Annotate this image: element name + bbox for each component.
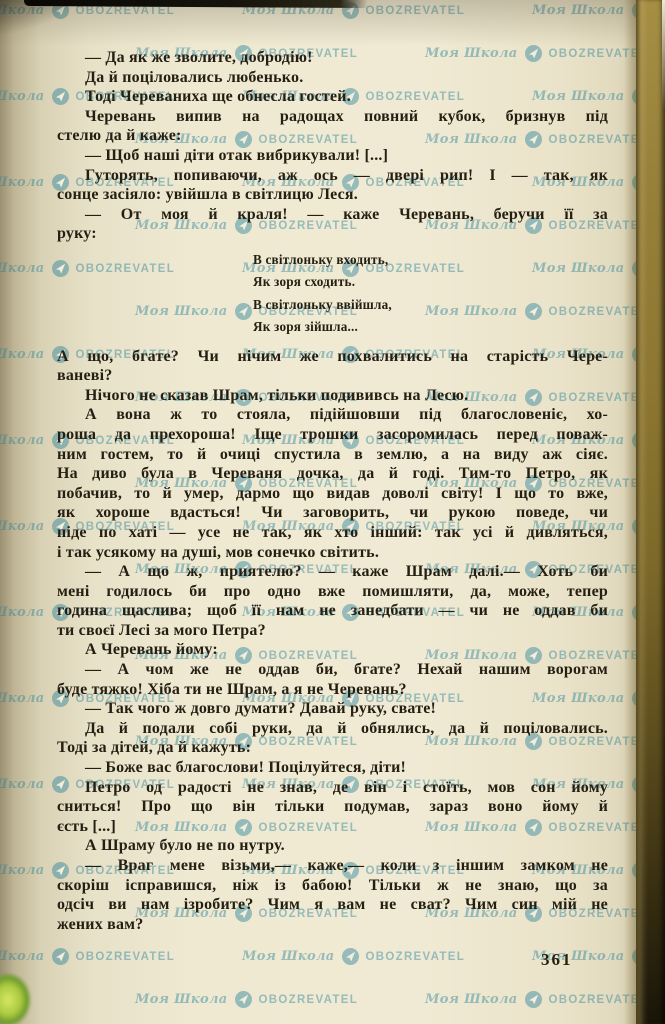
paragraph: Черевань випив на радощах повний кубок, …	[57, 107, 608, 146]
watermark: Моя ШколаOBOZREVATEL	[242, 948, 465, 965]
text-line: А вона ж то стояла, підійшовши під благо…	[57, 405, 608, 425]
text-line: Черевань випив на радощах повний кубок, …	[57, 107, 608, 127]
book-fore-edge	[636, 0, 665, 1024]
text-line: скоріш ісправишся, ніж із бабою! Тільки …	[57, 876, 608, 896]
paragraph: — Так чого ж довго думати? Давай руку, с…	[57, 699, 608, 719]
watermark-obozrevatel-text: OBOZREVATEL	[366, 951, 465, 963]
text-line: жених вам?	[57, 915, 608, 935]
text-line: В світлоньку ввійшла,	[253, 294, 608, 316]
watermark-brand-text: Моя Школа	[0, 777, 45, 792]
watermark-brand-text: Моя Школа	[0, 433, 45, 448]
text-line: — Боже вас благослови! Поцілуйтеся, діти…	[57, 758, 608, 778]
text-line: — А що ж, приятелю? — каже Шрам далі.— Х…	[57, 562, 608, 582]
paragraph: Гуторять, попиваючи, аж ось — двері рип!…	[57, 166, 608, 205]
watermark-brand-text: Моя Школа	[532, 3, 625, 18]
paragraph: — Враг мене візьми,— каже,— коли з іншим…	[57, 856, 608, 934]
paragraph: — Щоб наші діти отак вибрикували! [...]	[57, 146, 608, 166]
text-line: — Так чого ж довго думати? Давай руку, с…	[57, 699, 608, 719]
text-line: Тоді Череваниха ще обнесла гостей.	[57, 87, 608, 107]
text-line: і так усякому на душі, мов сонечко світи…	[57, 543, 608, 563]
text-line: буде тяжко! Хіба ти не Шрам, а я не Чере…	[57, 680, 608, 700]
text-line: Нічого не сказав Шрам, тільки подививсь …	[57, 386, 608, 406]
paragraph: Тоді Череваниха ще обнесла гостей.	[57, 87, 608, 107]
paragraph: Да й поціловались любенько.	[57, 68, 608, 88]
watermark-brand-text: Моя Школа	[0, 519, 45, 534]
verse-block: В світлоньку входить,Як зоря сходить.В с…	[253, 249, 608, 339]
watermark-obozrevatel-text: OBOZREVATEL	[259, 994, 358, 1006]
text-line: руку:	[57, 224, 608, 244]
watermark-brand-text: Моя Школа	[0, 949, 45, 964]
text-line: В світлоньку входить,	[253, 249, 608, 271]
text-line: — Щоб наші діти отак вибрикували! [...]	[57, 146, 608, 166]
text-line: А що, бгате? Чи нічим же похвалитись на …	[57, 347, 608, 367]
text-column: — Да як же зволите, добродію!Да й поціло…	[57, 48, 608, 934]
watermark-brand-text: Моя Школа	[0, 691, 45, 706]
text-line: ти своєї Лесі за мого Петра?	[57, 621, 608, 641]
text-line: як хороше вдасться! Чи заговорить, чи ру…	[57, 503, 608, 523]
paper-plane-icon	[52, 948, 69, 965]
text-line: Як зоря сходить.	[253, 271, 608, 293]
watermark-brand-text: Моя Школа	[0, 89, 45, 104]
watermark-brand-text: Моя Школа	[242, 949, 335, 964]
text-line: стелю да й каже:	[57, 126, 608, 146]
text-line: А Шраму було не по нутру.	[57, 836, 608, 856]
watermark: Моя ШколаOBOZREVATEL	[0, 948, 175, 965]
text-line: Да й подали собі руки, да й обнялись, да…	[57, 719, 608, 739]
paragraph: Нічого не сказав Шрам, тільки подививсь …	[57, 386, 608, 406]
text-line: А Черевань йому:	[57, 640, 608, 660]
paragraph: — От моя й краля! — каже Черевань, беруч…	[57, 205, 608, 244]
paragraph: А що, бгате? Чи нічим же похвалитись на …	[57, 347, 608, 386]
text-line: На диво була в Череваня дочка, да й годі…	[57, 464, 608, 484]
paragraph: — Да як же зволите, добродію!	[57, 48, 608, 68]
text-line: ним гостем, то й очиці спустила в землю,…	[57, 445, 608, 465]
watermark-brand-text: Моя Школа	[135, 992, 228, 1007]
watermark-brand-text: Моя Школа	[0, 863, 45, 878]
text-line: піде по хаті — усе не так, як хто інший:…	[57, 523, 608, 543]
text-line: мені годилось би про одно вже помишляти,…	[57, 582, 608, 602]
text-line: сниться! Про що він тільки подумав, зара…	[57, 797, 608, 817]
paragraph: А вона ж то стояла, підійшовши під благо…	[57, 405, 608, 562]
text-line: роша да прехороша! Іще трошки засоромила…	[57, 425, 608, 445]
page-number: 361	[541, 950, 573, 970]
watermark-brand-text: Моя Школа	[0, 261, 45, 276]
text-line: — Да як же зволите, добродію!	[57, 48, 608, 68]
watermark-obozrevatel-text: OBOZREVATEL	[76, 951, 175, 963]
text-line: Гуторять, попиваючи, аж ось — двері рип!…	[57, 166, 608, 186]
text-line: ваневі?	[57, 366, 608, 386]
text-line: сонце засіяло: увійшла в світлицю Леся.	[57, 185, 608, 205]
paragraph: А Черевань йому:	[57, 640, 608, 660]
paragraph: Петро од радості не знав, де він і стоїт…	[57, 778, 608, 837]
paragraph: А Шраму було не по нутру.	[57, 836, 608, 856]
text-line: побачив, то й умер, дармо що видав довол…	[57, 484, 608, 504]
text-line: — А чом же не оддав би, бгате? Нехай наш…	[57, 660, 608, 680]
text-line: Петро од радості не знав, де він і стоїт…	[57, 778, 608, 798]
watermark-brand-text: Моя Школа	[0, 175, 45, 190]
paragraph: Да й подали собі руки, да й обнялись, да…	[57, 719, 608, 758]
text-line: одсіч ви нам ізробите? Чим я вам не сват…	[57, 895, 608, 915]
paper-plane-icon	[235, 991, 252, 1008]
text-line: Тоді за дітей, да й кажуть:	[57, 738, 608, 758]
text-line: Як зоря зійшла...	[253, 316, 608, 338]
watermark-obozrevatel-text: OBOZREVATEL	[366, 5, 465, 17]
text-line: Да й поціловались любенько.	[57, 68, 608, 88]
text-line: — От моя й краля! — каже Черевань, беруч…	[57, 205, 608, 225]
paper-plane-icon	[525, 991, 542, 1008]
watermark: Моя ШколаOBOZREVATEL	[135, 991, 358, 1008]
text-line: єсть [...]	[57, 817, 608, 837]
text-line: година щаслива; щоб її нам не занедбати …	[57, 601, 608, 621]
paragraph: — Боже вас благослови! Поцілуйтеся, діти…	[57, 758, 608, 778]
book-page: Моя ШколаOBOZREVATELМоя ШколаOBOZREVATEL…	[0, 0, 665, 1024]
watermark-brand-text: Моя Школа	[0, 605, 45, 620]
watermark-brand-text: Моя Школа	[0, 347, 45, 362]
text-line: — Враг мене візьми,— каже,— коли з іншим…	[57, 856, 608, 876]
paragraph: — А чом же не оддав би, бгате? Нехай наш…	[57, 660, 608, 699]
paragraph: — А що ж, приятелю? — каже Шрам далі.— Х…	[57, 562, 608, 640]
watermark: Моя ШколаOBOZREVATEL	[425, 991, 648, 1008]
watermark-brand-text: Моя Школа	[425, 992, 518, 1007]
paper-plane-icon	[342, 948, 359, 965]
